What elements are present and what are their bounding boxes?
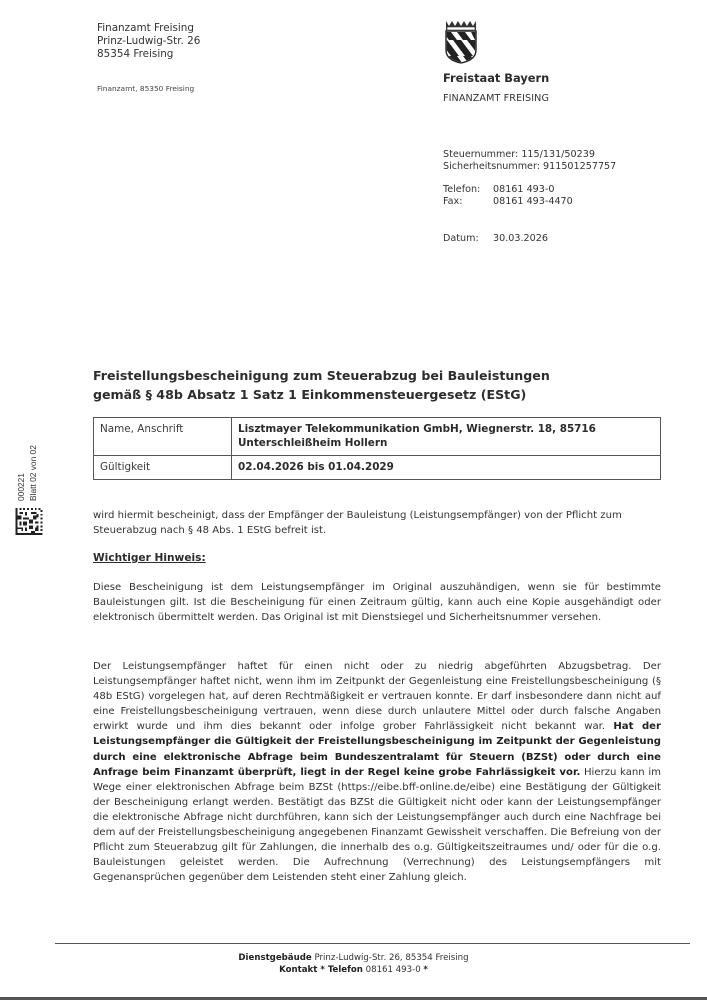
document-date: Datum: 30.03.2026	[443, 233, 548, 244]
footer-building-line: Dienstgebäude Prinz-Ludwig-Str. 26, 8535…	[0, 953, 707, 965]
liability-text-b: Hierzu kann im Wege einer elektronischen…	[93, 767, 661, 884]
state-name: Freistaat Bayern	[443, 71, 549, 85]
table-value-name: Lisztmayer Telekommunikation GmbH, Wiegn…	[232, 418, 661, 456]
important-note-heading: Wichtiger Hinweis:	[93, 552, 206, 564]
phone-label: Telefon:	[443, 184, 493, 196]
date-label: Datum:	[443, 233, 493, 244]
footer: Dienstgebäude Prinz-Ludwig-Str. 26, 8535…	[0, 953, 707, 976]
sender-line: 85354 Freising	[97, 48, 200, 61]
bavarian-coat-of-arms-icon	[443, 18, 479, 64]
fax-label: Fax:	[443, 196, 493, 208]
sheet-number: Blatt 02 von 02	[27, 445, 39, 501]
table-value-validity: 02.04.2026 bis 01.04.2029	[232, 456, 661, 480]
sheet-marker: 000221 Blatt 02 von 02	[15, 445, 39, 501]
document-title: Freistellungsbescheinigung zum Steuerabz…	[93, 367, 550, 404]
sender-line: Prinz-Ludwig-Str. 26	[97, 35, 200, 48]
data-matrix-code-icon	[15, 508, 43, 535]
title-line-1: Freistellungsbescheinigung zum Steuerabz…	[93, 367, 550, 386]
contact-info: Telefon: 08161 493-0 Fax: 08161 493-4470	[443, 184, 573, 209]
sender-line: Finanzamt Freising	[97, 22, 200, 35]
original-document-paragraph: Diese Bescheinigung ist dem Leistungsemp…	[93, 580, 661, 625]
certification-paragraph: wird hiermit bescheinigt, dass der Empfä…	[93, 508, 661, 538]
footer-divider	[55, 943, 690, 944]
title-line-2: gemäß § 48b Absatz 1 Satz 1 Einkommenste…	[93, 386, 550, 405]
fax-value: 08161 493-4470	[493, 196, 573, 208]
footer-contact-phone: 08161 493-0	[366, 965, 421, 975]
return-address: Finanzamt, 85350 Freising	[97, 84, 194, 93]
footer-contact-suffix: *	[423, 965, 428, 975]
security-number: Sicherheitsnummer: 911501257757	[443, 161, 616, 173]
reference-numbers: Steuernummer: 115/131/50239 Sicherheitsn…	[443, 149, 616, 174]
office-name: FINANZAMT FREISING	[443, 93, 549, 104]
tax-number: Steuernummer: 115/131/50239	[443, 149, 616, 161]
table-label-name: Name, Anschrift	[94, 418, 232, 456]
document-number: 000221	[15, 445, 27, 501]
footer-contact-label: Kontakt * Telefon	[279, 965, 363, 975]
footer-building-label: Dienstgebäude	[238, 953, 311, 963]
table-row: Name, Anschrift Lisztmayer Telekommunika…	[94, 418, 661, 456]
footer-contact-line: Kontakt * Telefon 08161 493-0 *	[0, 965, 707, 977]
table-row: Gültigkeit 02.04.2026 bis 01.04.2029	[94, 456, 661, 480]
phone-value: 08161 493-0	[493, 184, 554, 196]
footer-building-address: Prinz-Ludwig-Str. 26, 85354 Freising	[314, 953, 468, 963]
table-label-validity: Gültigkeit	[94, 456, 232, 480]
sender-address: Finanzamt Freising Prinz-Ludwig-Str. 26 …	[97, 22, 200, 61]
exemption-details-table: Name, Anschrift Lisztmayer Telekommunika…	[93, 417, 661, 480]
date-value: 30.03.2026	[493, 233, 548, 244]
liability-paragraph: Der Leistungsempfänger haftet für einen …	[93, 659, 661, 885]
liability-text-a: Der Leistungsempfänger haftet für einen …	[93, 661, 661, 732]
